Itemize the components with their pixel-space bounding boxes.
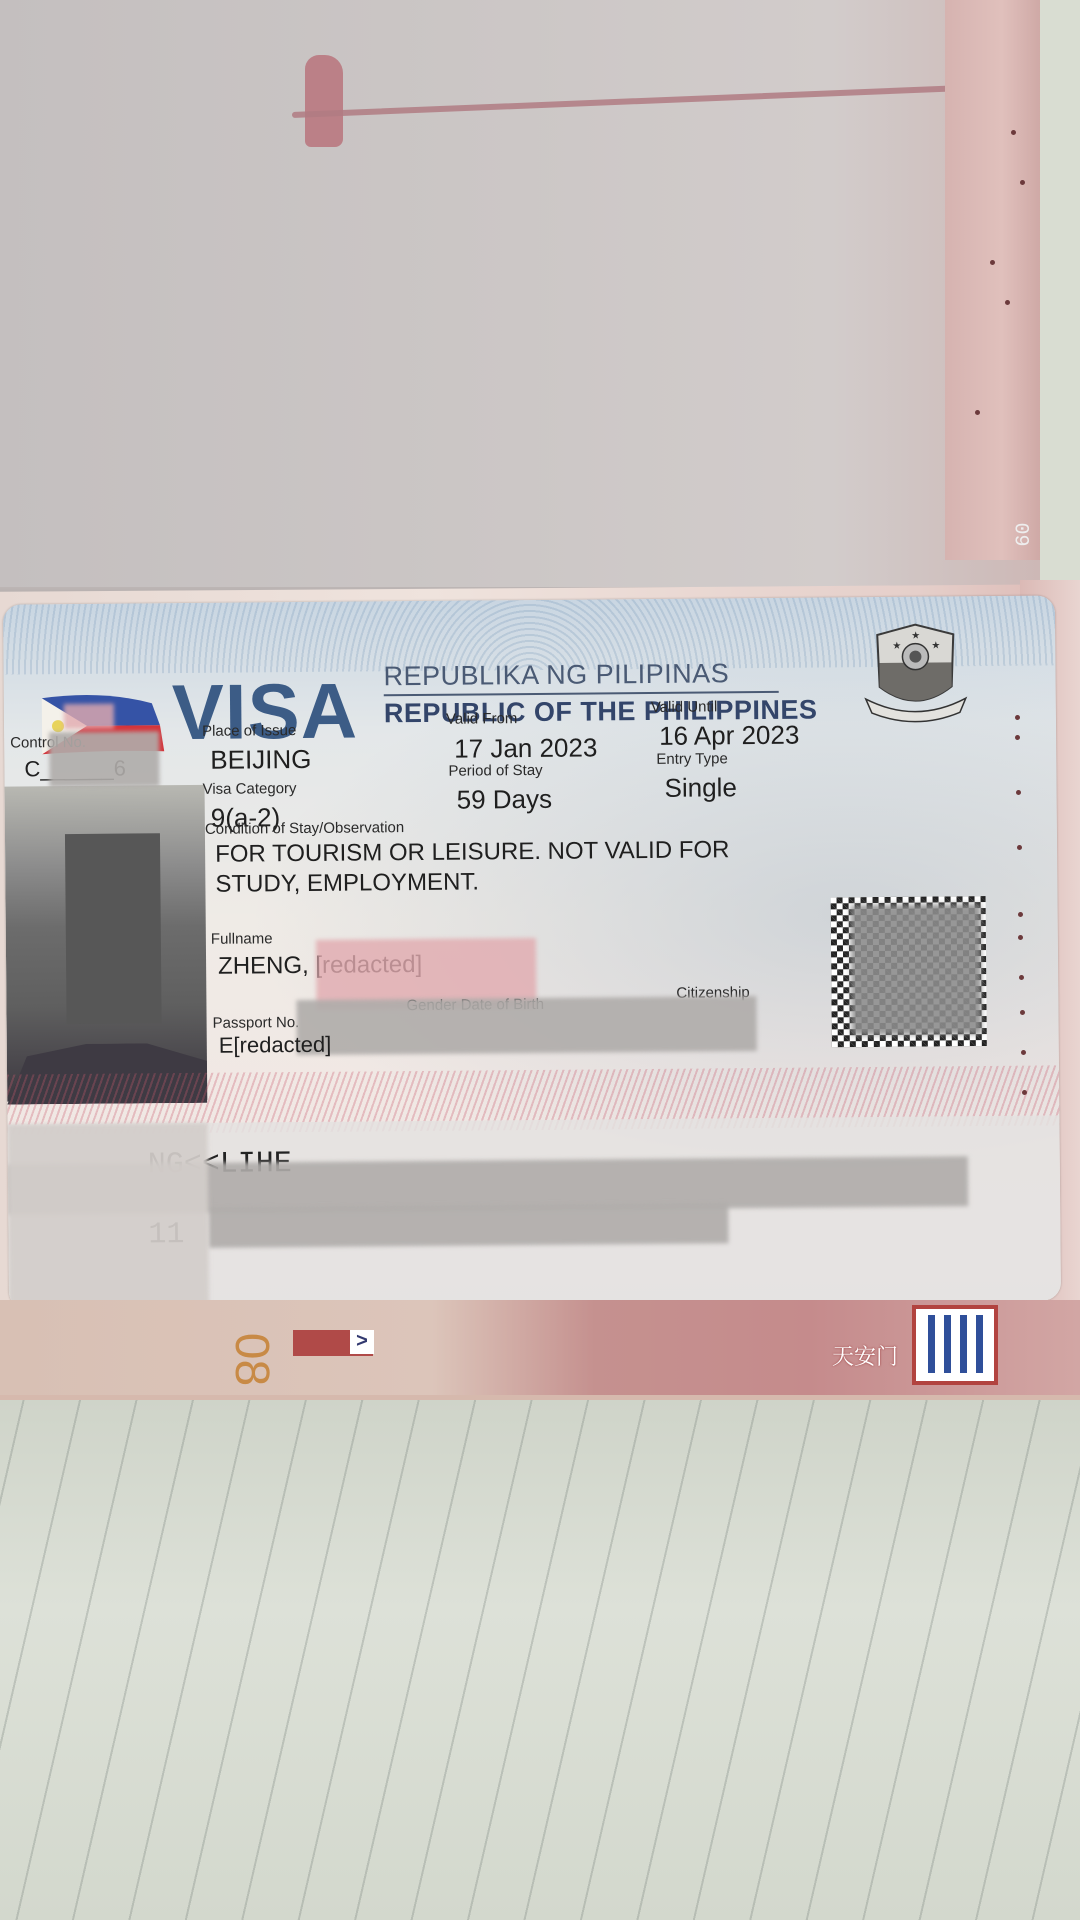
place-of-issue-label: Place of Issue — [202, 722, 296, 740]
tiananmen-gate-icon — [912, 1305, 998, 1385]
qr-redaction — [851, 904, 982, 1035]
perforation — [1018, 935, 1023, 940]
republic-tagalog: REPUBLIKA NG PILIPINAS — [383, 658, 729, 692]
tiananmen-text: 天安门 — [832, 1340, 898, 1371]
condition-label: Condition of Stay/Observation — [205, 819, 404, 838]
perforation — [1015, 715, 1020, 720]
passport-no-label: Passport No. — [213, 1014, 300, 1032]
svg-text:★: ★ — [931, 640, 940, 651]
coat-of-arms-icon: ★ ★ ★ — [855, 616, 976, 727]
valid-until-value: 16 Apr 2023 — [659, 720, 799, 752]
perforation — [1019, 975, 1024, 980]
redaction-block — [64, 704, 114, 729]
perforation — [1015, 735, 1020, 740]
page-watermark-number: 08 — [224, 1333, 279, 1386]
condition-line-1: FOR TOURISM OR LEISURE. NOT VALID FOR — [215, 836, 730, 868]
stamp-line — [292, 86, 952, 118]
valid-from-value: 17 Jan 2023 — [454, 732, 597, 764]
visa-category-label: Visa Category — [202, 780, 296, 798]
fullname-label: Fullname — [211, 930, 273, 948]
perforation — [1022, 1090, 1027, 1095]
holder-photo-face-redacted — [65, 833, 162, 1024]
table-surface — [0, 1400, 1080, 1920]
redaction-block — [296, 996, 756, 1055]
stamp-mark — [305, 55, 343, 147]
place-of-issue-value: BEIJING — [210, 744, 311, 776]
valid-from-label: Valid From — [446, 710, 518, 728]
svg-text:★: ★ — [892, 641, 901, 652]
perforation — [1005, 300, 1010, 305]
perforation — [1020, 180, 1025, 185]
v-mark-icon: > — [350, 1330, 374, 1354]
entry-type-label: Entry Type — [656, 750, 728, 768]
perforation — [975, 410, 980, 415]
perforation — [1011, 130, 1016, 135]
redaction-block — [7, 1123, 209, 1310]
period-of-stay-value: 59 Days — [457, 784, 553, 816]
perforation — [1017, 845, 1022, 850]
period-of-stay-label: Period of Stay — [448, 762, 542, 780]
perforation — [990, 260, 995, 265]
entry-type-value: Single — [664, 772, 737, 804]
visa-sticker: VISA REPUBLIKA NG PILIPINAS REPUBLIC OF … — [3, 595, 1061, 1309]
valid-until-label: Valid Until — [651, 698, 718, 716]
upper-passport-page: 09 — [0, 0, 1040, 605]
redaction-block — [49, 731, 159, 787]
perforation — [1018, 912, 1023, 917]
svg-text:★: ★ — [911, 631, 920, 642]
condition-line-2: STUDY, EMPLOYMENT. — [215, 868, 479, 898]
perforation — [1021, 1050, 1026, 1055]
perforation — [1016, 790, 1021, 795]
upper-page-number: 09 — [1009, 522, 1032, 546]
passport-no-value: E[redacted] — [219, 1032, 332, 1059]
perforation — [1020, 1010, 1025, 1015]
page-edge — [945, 0, 1040, 560]
redaction-block — [208, 1203, 728, 1248]
